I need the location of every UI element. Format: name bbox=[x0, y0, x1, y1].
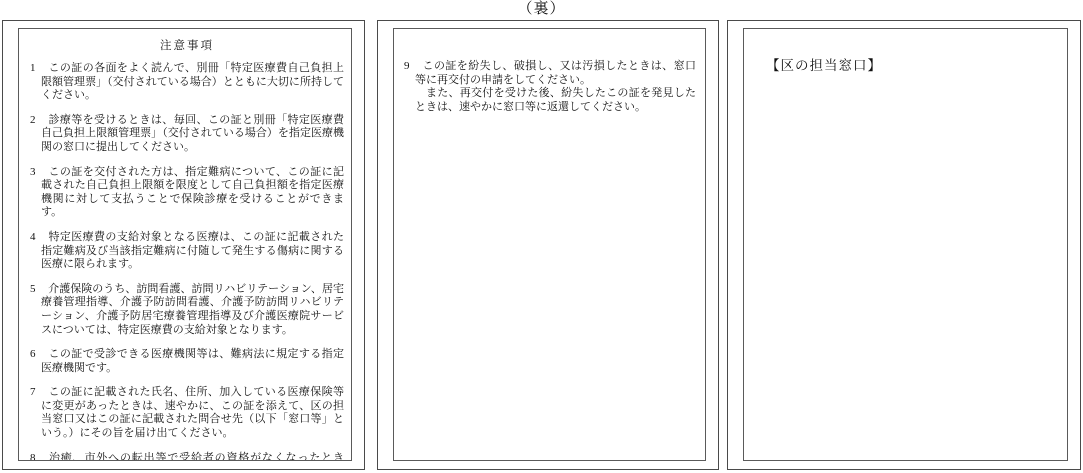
note-item-number: 4 bbox=[30, 231, 36, 243]
note-item-text: 治癒、市外への転出等で受給者の資格がなくなったときは、この証を速やかに窓口等に返… bbox=[41, 452, 344, 461]
note-item-number: 5 bbox=[30, 283, 36, 295]
note-item-5: 5介護保険のうち、訪問看護、訪問リハビリテーション、居宅療養管理指導、介護予防訪… bbox=[30, 283, 344, 337]
note-item-text: 診療等を受けるときは、毎回、この証と別冊「特定医療費自己負担上限額管理票」（交付… bbox=[41, 114, 344, 153]
note9-panel-inner: 9この証を紛失し、破損し、又は汚損したときは、窓口等に再交付の申請をしてください… bbox=[393, 28, 706, 461]
note-item-1: 1この証の各面をよく読んで、別冊「特定医療費自己負担上限額管理票」（交付されてい… bbox=[30, 62, 344, 103]
notes-title: 注意事項 bbox=[30, 37, 344, 53]
note-item-3: 3この証を交付された方は、指定難病について、この証に記載された自己負担上限額を限… bbox=[30, 166, 344, 220]
note-item-text: この証を交付された方は、指定難病について、この証に記載された自己負担上限額を限度… bbox=[41, 166, 344, 219]
note-item-text: 介護保険のうち、訪問看護、訪問リハビリテーション、居宅療養管理指導、介護予防訪問… bbox=[41, 283, 344, 336]
contact-panel-inner: 【区の担当窓口】 bbox=[743, 28, 1068, 461]
note-item-6: 6この証で受診できる医療機関等は、難病法に規定する指定医療機関です。 bbox=[30, 348, 344, 375]
contact-title: 【区の担当窓口】 bbox=[766, 54, 1057, 74]
note-item-number: 8 bbox=[30, 452, 36, 461]
note-item-9: 9この証を紛失し、破損し、又は汚損したときは、窓口等に再交付の申請をしてください… bbox=[404, 60, 696, 87]
note-item-8: 8治癒、市外への転出等で受給者の資格がなくなったときは、この証を速やかに窓口等に… bbox=[30, 452, 344, 461]
note-item-4: 4特定医療費の支給対象となる医療は、この証に記載された指定難病及び当該指定難病に… bbox=[30, 231, 344, 272]
notes-panel: 注意事項 1この証の各面をよく読んで、別冊「特定医療費自己負担上限額管理票」（交… bbox=[2, 20, 365, 470]
contact-panel: 【区の担当窓口】 bbox=[727, 20, 1081, 470]
note-item-7: 7この証に記載された氏名、住所、加入している医療保険等に変更があったときは、速や… bbox=[30, 386, 344, 440]
note9-panel: 9この証を紛失し、破損し、又は汚損したときは、窓口等に再交付の申請をしてください… bbox=[377, 20, 719, 470]
note-item-text: この証の各面をよく読んで、別冊「特定医療費自己負担上限額管理票」（交付されている… bbox=[41, 62, 344, 101]
note-item-number: 9 bbox=[404, 60, 410, 72]
note-item-text: この証で受診できる医療機関等は、難病法に規定する指定医療機関です。 bbox=[41, 348, 344, 374]
note-item-number: 2 bbox=[30, 114, 36, 126]
note-item-text: この証を紛失し、破損し、又は汚損したときは、窓口等に再交付の申請をしてください。 bbox=[415, 60, 696, 86]
note-item-9-continuation: また、再交付を受けた後、紛失したこの証を発見したときは、速やかに窓口等に返還して… bbox=[404, 87, 696, 114]
note-item-text: この証に記載された氏名、住所、加入している医療保険等に変更があったときは、速やか… bbox=[41, 386, 344, 439]
note-item-2: 2診療等を受けるときは、毎回、この証と別冊「特定医療費自己負担上限額管理票」（交… bbox=[30, 114, 344, 155]
notes-panel-inner: 注意事項 1この証の各面をよく読んで、別冊「特定医療費自己負担上限額管理票」（交… bbox=[18, 28, 352, 461]
page-side-label: （裏） bbox=[0, 0, 1083, 18]
note-item-number: 6 bbox=[30, 348, 36, 360]
note-item-number: 7 bbox=[30, 386, 36, 398]
note-item-number: 1 bbox=[30, 62, 36, 74]
note-item-text: 特定医療費の支給対象となる医療は、この証に記載された指定難病及び当該指定難病に付… bbox=[41, 231, 344, 270]
note-item-number: 3 bbox=[30, 166, 36, 178]
